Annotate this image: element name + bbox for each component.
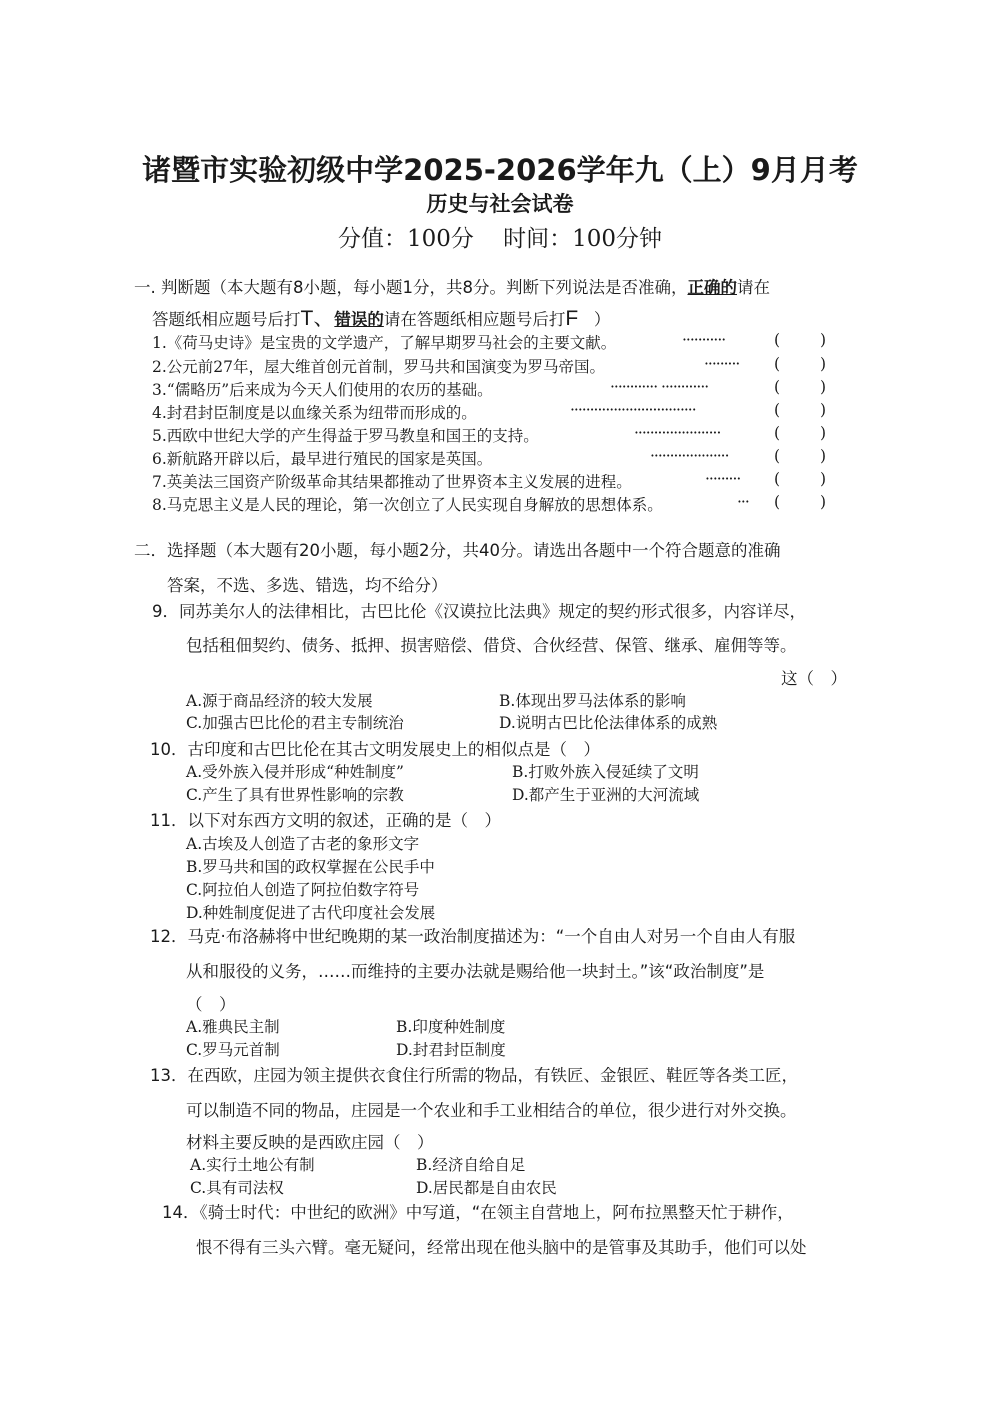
- q9-option-a[interactable]: A.源于商品经济的较大发展: [186, 689, 373, 711]
- answer-blank-open[interactable]: (: [774, 493, 780, 511]
- tf-item-text: 3.“儒略历”后来成为今天人们使用的农历的基础。: [152, 378, 493, 400]
- q13-stem-line2: 可以制造不同的物品，庄园是一个农业和手工业相结合的单位，很少进行对外交换。: [186, 1097, 797, 1121]
- exam-meta: 分值：100分 时间：100分钟: [0, 220, 1000, 253]
- exam-subtitle: 历史与社会试卷: [0, 188, 1000, 218]
- answer-blank-close: ): [820, 331, 826, 349]
- q11-option-a[interactable]: A.古埃及人创造了古老的象形文字: [186, 832, 419, 854]
- answer-blank-close: ): [820, 378, 826, 396]
- tf-item-text: 8.马克思主义是人民的理论，第一次创立了人民实现自身解放的思想体系。: [152, 493, 663, 515]
- leader-dots: ············ ············: [610, 378, 708, 396]
- section1-heading-text: 一. 判断题（本大题有8小题，每小题1分，共8分。判断下列说法是否准确，: [134, 278, 687, 297]
- q11-option-b[interactable]: B.罗马共和国的政权掌握在公民手中: [186, 855, 435, 877]
- q13-stem-line1: 13．在西欧，庄园为领主提供衣食住行所需的物品，有铁匠、金银匠、鞋匠等各类工匠，: [150, 1062, 798, 1086]
- true-mark: T、: [301, 307, 335, 330]
- leader-dots: ···········: [682, 331, 725, 349]
- false-mark: F: [565, 307, 578, 330]
- q13-option-b[interactable]: B.经济自给自足: [416, 1153, 525, 1175]
- answer-blank-close: ): [820, 355, 826, 373]
- leader-dots: ····················: [650, 447, 729, 465]
- exam-title: 诸暨市实验初级中学2025-2026学年九（上）9月月考: [0, 148, 1000, 189]
- answer-blank-close: ): [820, 447, 826, 465]
- q10-option-c[interactable]: C.产生了具有世界性影响的宗教: [186, 783, 404, 805]
- q10-option-d[interactable]: D.都产生于亚洲的大河流域: [512, 783, 699, 805]
- leader-dots: ·········: [704, 355, 739, 373]
- answer-blank-open[interactable]: (: [774, 378, 780, 396]
- q12-option-a[interactable]: A.雅典民主制: [186, 1015, 280, 1037]
- q10-option-b[interactable]: B.打败外族入侵延续了文明: [512, 760, 699, 782]
- q12-option-b[interactable]: B.印度种姓制度: [396, 1015, 505, 1037]
- q10-option-a[interactable]: A.受外族入侵并形成“种姓制度”: [186, 760, 404, 782]
- q12-stem-line1: 12．马克·布洛赫将中世纪晚期的某一政治制度描述为：“一个自由人对另一个自由人有…: [150, 923, 795, 947]
- line2-end: ）: [594, 310, 611, 329]
- time-value: 100分钟: [572, 226, 662, 252]
- wrong-label: 错误的: [334, 310, 384, 329]
- q11-option-c[interactable]: C.阿拉伯人创造了阿拉伯数字符号: [186, 878, 419, 900]
- q13-option-a[interactable]: A.实行土地公有制: [190, 1153, 315, 1175]
- section1-heading-line2: 答题纸相应题号后打T、错误的请在答题纸相应题号后打F ）: [152, 302, 610, 332]
- answer-blank-close: ): [820, 424, 826, 442]
- tf-item-text: 1.《荷马史诗》是宝贵的文学遗产，了解早期罗马社会的主要文献。: [152, 331, 616, 353]
- answer-blank-open[interactable]: (: [774, 447, 780, 465]
- q9-option-d[interactable]: D.说明古巴比伦法律体系的成熟: [499, 711, 717, 733]
- correct-label: 正确的: [687, 278, 737, 297]
- line2-prefix: 答题纸相应题号后打: [152, 310, 301, 329]
- answer-blank-close: ): [820, 493, 826, 511]
- answer-blank-open[interactable]: (: [774, 355, 780, 373]
- time-label: 时间：: [503, 226, 572, 252]
- tf-item-text: 7.英美法三国资产阶级革命其结果都推动了世界资本主义发展的进程。: [152, 470, 632, 492]
- q13-option-c[interactable]: C.具有司法权: [190, 1176, 284, 1198]
- section2-heading-line1: 二．选择题（本大题有20小题，每小题2分，共40分。请选出各题中一个符合题意的准…: [134, 537, 781, 561]
- answer-blank-open[interactable]: (: [774, 424, 780, 442]
- answer-blank-close: ): [820, 401, 826, 419]
- q14-stem-line1: 14．《骑士时代：中世纪的欧洲》中写道，“在领主自营地上，阿布拉黑整天忙于耕作，: [162, 1199, 794, 1223]
- q9-stem-line2: 包括租佃契约、债务、抵押、损害赔偿、借贷、合伙经营、保管、继承、雇佣等等。: [186, 632, 797, 656]
- q12-option-d[interactable]: D.封君封臣制度: [396, 1038, 506, 1060]
- answer-blank-close: ): [820, 470, 826, 488]
- section2-heading-line2: 答案，不选、多选、错选，均不给分）: [167, 572, 448, 596]
- score-value: 100分: [407, 226, 474, 252]
- section1-heading-line1: 一. 判断题（本大题有8小题，每小题1分，共8分。判断下列说法是否准确，正确的请…: [134, 274, 770, 298]
- answer-blank-open[interactable]: (: [774, 470, 780, 488]
- leader-dots: ·········: [705, 470, 740, 488]
- q13-option-d[interactable]: D.居民都是自由农民: [416, 1176, 557, 1198]
- score-label: 分值：: [338, 226, 407, 252]
- answer-blank-open[interactable]: (: [774, 331, 780, 349]
- q11-stem: 11．以下对东西方文明的叙述，正确的是（ ）: [150, 807, 501, 831]
- q10-stem: 10．古印度和古巴比伦在其古文明发展史上的相似点是（ ）: [150, 736, 600, 760]
- answer-blank-open[interactable]: (: [774, 401, 780, 419]
- q9-option-c[interactable]: C.加强古巴比伦的君主专制统治: [186, 711, 404, 733]
- q12-stem-line2: 从和服役的义务，……而维持的主要办法就是赐给他一块封土。”该“政治制度”是: [186, 958, 764, 982]
- leader-dots: ···: [737, 493, 749, 511]
- line2-mid: 请在答题纸相应题号后打: [384, 310, 566, 329]
- tf-item-text: 2.公元前27年，屋大维首创元首制，罗马共和国演变为罗马帝国。: [152, 355, 605, 377]
- q13-stem-line3: 材料主要反映的是西欧庄园（ ）: [186, 1129, 434, 1153]
- leader-dots: ······················: [634, 424, 720, 442]
- tf-item-text: 5.西欧中世纪大学的产生得益于罗马教皇和国王的支持。: [152, 424, 539, 446]
- q12-option-c[interactable]: C.罗马元首制: [186, 1038, 280, 1060]
- section1-heading-tail: 请在: [737, 278, 770, 297]
- q11-option-d[interactable]: D.种姓制度促进了古代印度社会发展: [186, 901, 435, 923]
- leader-dots: ································: [570, 401, 696, 419]
- q14-stem-line2: 恨不得有三头六臂。毫无疑问，经常出现在他头脑中的是管事及其助手，他们可以处: [196, 1234, 807, 1258]
- q9-stem-line1: 9．同苏美尔人的法律相比，古巴比伦《汉谟拉比法典》规定的契约形式很多，内容详尽，: [152, 598, 806, 622]
- q9-stem-line3: 这（ ）: [781, 665, 847, 689]
- tf-item-text: 6.新航路开辟以后，最早进行殖民的国家是英国。: [152, 447, 492, 469]
- tf-item-text: 4.封君封臣制度是以血缘关系为纽带而形成的。: [152, 401, 477, 423]
- q12-stem-line3: （ ）: [186, 991, 236, 1015]
- q9-option-b[interactable]: B.体现出罗马法体系的影响: [499, 689, 686, 711]
